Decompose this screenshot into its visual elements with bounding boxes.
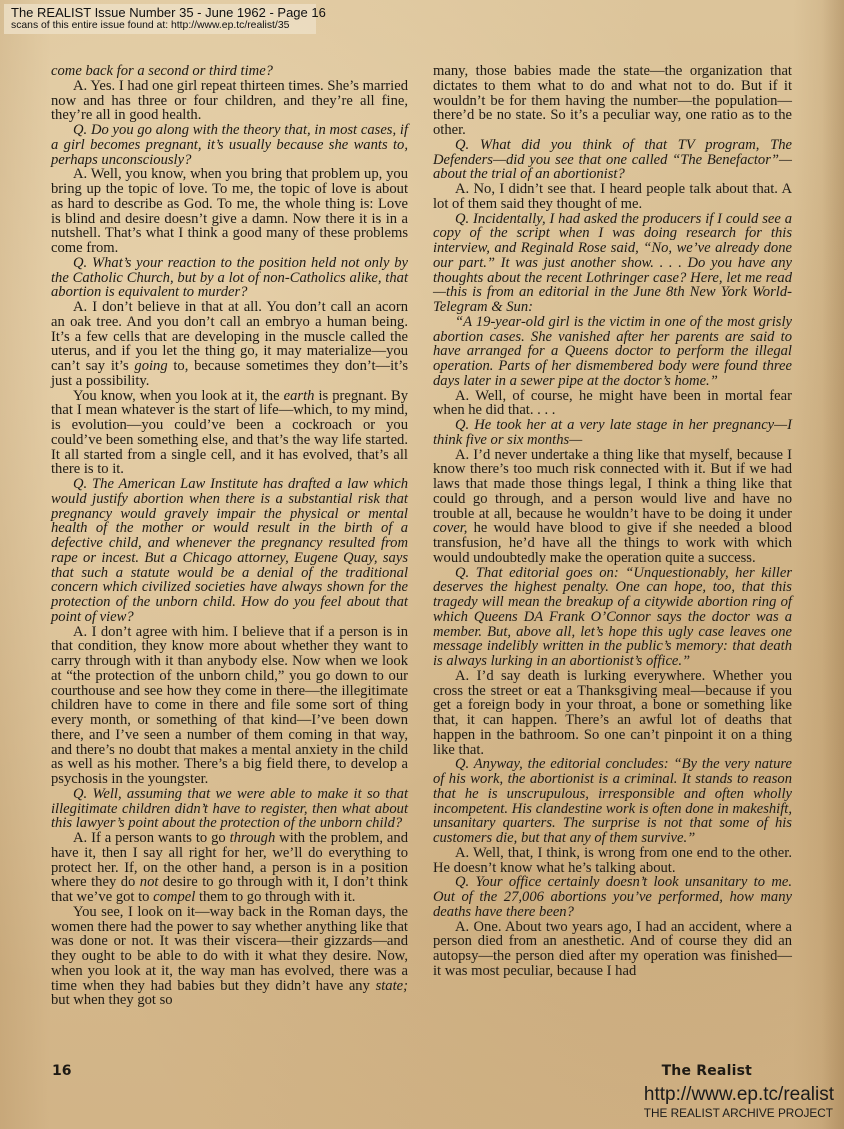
question-paragraph: “A 19-year-old girl is the victim in one… [433,315,792,389]
emphasis: state; [376,978,408,994]
answer-paragraph: many, those babies made the state—the or… [433,64,792,138]
answer-paragraph: A. Yes. I had one girl repeat thirteen t… [51,79,408,123]
question-paragraph: Q. That editorial goes on: “Unquestionab… [433,566,792,669]
answer-paragraph: A. I’d say death is lurking everywhere. … [433,669,792,758]
emphasis: going [134,358,167,374]
answer-paragraph: A. I don’t believe in that at all. You d… [51,300,408,389]
right-text-column: many, those babies made the state—the or… [433,64,792,979]
emphasis: not [140,874,159,890]
emphasis: compel [153,889,195,905]
archive-url-link[interactable]: http://www.ep.tc/realist [644,1085,834,1105]
archive-header-banner: The REALIST Issue Number 35 - June 1962 … [4,4,316,34]
left-text-column: come back for a second or third time?A. … [51,64,408,1008]
emphasis: through [230,830,276,846]
question-paragraph: come back for a second or third time? [51,64,408,79]
answer-paragraph: A. If a person wants to go through with … [51,831,408,905]
question-paragraph: Q. What’s your reaction to the position … [51,256,408,300]
emphasis: cover, [433,520,467,536]
question-paragraph: Q. The American Law Institute has drafte… [51,477,408,625]
answer-paragraph: A. No, I didn’t see that. I heard people… [433,182,792,212]
answer-paragraph: A. Well, of course, he might have been i… [433,389,792,419]
page-number: 16 [52,1063,71,1079]
question-paragraph: Q. He took her at a very late stage in h… [433,418,792,448]
answer-paragraph: A. Well, that, I think, is wrong from on… [433,846,792,876]
answer-paragraph: A. I’d never undertake a thing like that… [433,448,792,566]
answer-paragraph: You know, when you look at it, the earth… [51,389,408,478]
question-paragraph: Q. Your office certainly doesn’t look un… [433,875,792,919]
answer-paragraph: You see, I look on it—way back in the Ro… [51,905,408,1008]
page-edge-shadow [822,0,844,1129]
issue-title: The REALIST Issue Number 35 - June 1962 … [11,4,316,20]
answer-paragraph: A. One. About two years ago, I had an ac… [433,920,792,979]
emphasis: earth [284,388,315,404]
answer-paragraph: A. I don’t agree with him. I believe tha… [51,625,408,787]
archive-project-name: THE REALIST ARCHIVE PROJECT [644,1107,833,1120]
question-paragraph: Q. Do you go along with the theory that,… [51,123,408,167]
issue-source-line: scans of this entire issue found at: htt… [11,20,316,32]
question-paragraph: Q. Well, assuming that we were able to m… [51,787,408,831]
answer-paragraph: A. Well, you know, when you bring that p… [51,167,408,256]
magazine-masthead: The Realist [662,1063,752,1079]
question-paragraph: Q. Incidentally, I had asked the produce… [433,212,792,315]
question-paragraph: Q. Anyway, the editorial concludes: “By … [433,757,792,846]
question-paragraph: Q. What did you think of that TV program… [433,138,792,182]
